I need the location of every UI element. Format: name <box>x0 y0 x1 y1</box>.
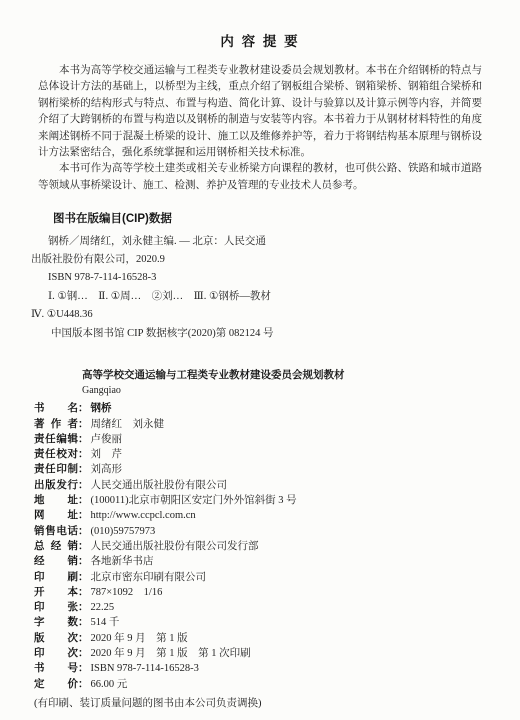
detail-label: 著作者 <box>34 417 78 432</box>
detail-label: 销售电话 <box>34 524 78 539</box>
detail-label: 定价 <box>34 677 78 692</box>
colophon-page: 内 容 提 要 本书为高等学校交通运输与工程类专业教材建设委员会规划教材。本书在… <box>0 0 520 720</box>
detail-colon: ： <box>78 494 89 506</box>
summary-paragraph: 本书为高等学校交通运输与工程类专业教材建设委员会规划教材。本书在介绍钢桥的特点与… <box>38 63 482 161</box>
detail-colon: ： <box>78 586 89 598</box>
detail-label: 责任编辑 <box>34 432 78 447</box>
detail-colon: ： <box>78 418 89 430</box>
detail-value: 22.25 <box>91 602 115 613</box>
detail-value: 周绪红 刘永健 <box>91 419 165 430</box>
content-summary-title: 内 容 提 要 <box>0 0 520 50</box>
detail-value: 人民交通出版社股份有限公司 <box>91 480 228 491</box>
detail-value-url: http://www.ccpcl.com.cn <box>91 510 196 521</box>
publication-details: 书名：钢桥 著作者：周绪红 刘永健 责任编辑：卢俊丽 责任校对：刘 芹 责任印制… <box>34 401 500 692</box>
detail-row-edition: 版次：2020 年 9 月 第 1 版 <box>34 631 500 646</box>
detail-colon: ： <box>78 616 89 628</box>
cip-heading: 图书在版编目(CIP)数据 <box>53 210 520 226</box>
detail-row-website: 网址：http://www.ccpcl.com.cn <box>34 508 500 523</box>
detail-value: 2020 年 9 月 第 1 版 <box>91 633 188 644</box>
detail-colon: ： <box>78 647 89 659</box>
detail-value: 卢俊丽 <box>91 434 123 445</box>
detail-row-print-supervisor: 责任印制：刘高形 <box>34 462 500 477</box>
detail-colon: ： <box>78 632 89 644</box>
detail-colon: ： <box>78 601 89 613</box>
detail-label: 印张 <box>34 600 78 615</box>
detail-row-address: 地址：(100011)北京市朝阳区安定门外外馆斜街 3 号 <box>34 493 500 508</box>
detail-colon: ： <box>78 433 89 445</box>
detail-value: 钢桥 <box>91 402 112 414</box>
detail-label: 网址 <box>34 508 78 523</box>
detail-row-publisher: 出版发行：人民交通出版社股份有限公司 <box>34 478 500 493</box>
detail-colon: ： <box>78 402 89 414</box>
detail-label: 经销 <box>34 554 78 569</box>
detail-colon: ： <box>78 448 89 460</box>
detail-value: 刘高形 <box>91 464 123 475</box>
detail-row-sales-phone: 销售电话：(010)59757973 <box>34 524 500 539</box>
detail-row-format: 开本：787×1092 1/16 <box>34 585 500 600</box>
detail-value: 刘 芹 <box>91 449 123 460</box>
detail-label: 版次 <box>34 631 78 646</box>
cip-line: Ⅳ. ①U448.36 <box>31 306 490 324</box>
detail-label: 地址 <box>34 493 78 508</box>
detail-row-impression: 印次：2020 年 9 月 第 1 版 第 1 次印刷 <box>34 646 500 661</box>
series-title: 高等学校交通运输与工程类专业教材建设委员会规划教材 <box>82 367 520 382</box>
detail-label: 印次 <box>34 646 78 661</box>
detail-row-general-distributor: 总经销：人民交通出版社股份有限公司发行部 <box>34 539 500 554</box>
detail-row-price: 定价：66.00 元 <box>34 677 500 692</box>
detail-label: 出版发行 <box>34 478 78 493</box>
cip-line: 出版社股份有限公司，2020.9 <box>31 251 490 269</box>
detail-colon: ： <box>78 479 89 491</box>
detail-value: (100011)北京市朝阳区安定门外外馆斜街 3 号 <box>91 495 297 506</box>
detail-value: 66.00 元 <box>91 679 128 690</box>
cip-line: ISBN 978-7-114-16528-3 <box>31 269 490 287</box>
detail-value: 人民交通出版社股份有限公司发行部 <box>91 541 259 552</box>
detail-colon: ： <box>78 555 89 567</box>
detail-row-book-title: 书名：钢桥 <box>34 401 500 416</box>
detail-colon: ： <box>78 463 89 475</box>
book-title-pinyin: Gangqiao <box>82 385 520 396</box>
detail-row-proofreader: 责任校对：刘 芹 <box>34 447 500 462</box>
detail-value: ISBN 978-7-114-16528-3 <box>91 663 199 674</box>
detail-label: 书名 <box>34 401 78 416</box>
detail-row-distributor: 经销：各地新华书店 <box>34 554 500 569</box>
detail-colon: ： <box>78 662 89 674</box>
detail-colon: ： <box>78 571 89 583</box>
detail-value: (010)59757973 <box>91 526 156 537</box>
detail-row-editor: 责任编辑：卢俊丽 <box>34 432 500 447</box>
detail-colon: ： <box>78 525 89 537</box>
summary-paragraph: 本书可作为高等学校土建类或相关专业桥梁方向课程的教材，也可供公路、铁路和城市道路… <box>38 161 482 194</box>
detail-row-authors: 著作者：周绪红 刘永健 <box>34 417 500 432</box>
detail-value: 北京市密东印刷有限公司 <box>91 572 207 583</box>
detail-value: 787×1092 1/16 <box>91 587 163 598</box>
content-summary: 本书为高等学校交通运输与工程类专业教材建设委员会规划教材。本书在介绍钢桥的特点与… <box>38 63 482 194</box>
detail-label: 开本 <box>34 585 78 600</box>
detail-label: 印刷 <box>34 570 78 585</box>
cip-line: 钢桥／周绪红，刘永健主编. — 北京：人民交通 <box>31 233 490 251</box>
detail-colon: ： <box>78 540 89 552</box>
detail-label: 责任印制 <box>34 462 78 477</box>
detail-colon: ： <box>78 678 89 690</box>
detail-value: 各地新华书店 <box>91 556 154 567</box>
cip-record-number: 中国版本图书馆 CIP 数据核字(2020)第 082124 号 <box>31 325 490 343</box>
cip-data-block: 钢桥／周绪红，刘永健主编. — 北京：人民交通 出版社股份有限公司，2020.9… <box>31 233 490 343</box>
detail-row-isbn: 书号：ISBN 978-7-114-16528-3 <box>34 661 500 676</box>
detail-label: 总经销 <box>34 539 78 554</box>
detail-row-printed-sheets: 印张：22.25 <box>34 600 500 615</box>
detail-colon: ： <box>78 509 89 521</box>
detail-value: 2020 年 9 月 第 1 版 第 1 次印刷 <box>91 648 251 659</box>
cip-line: Ⅰ. ①钢… Ⅱ. ①周… ②刘… Ⅲ. ①钢桥—教材 <box>31 288 490 306</box>
detail-label: 字数 <box>34 615 78 630</box>
detail-row-word-count: 字数：514 千 <box>34 615 500 630</box>
detail-value: 514 千 <box>91 617 120 628</box>
detail-label: 书号 <box>34 661 78 676</box>
detail-row-printer: 印刷：北京市密东印刷有限公司 <box>34 570 500 585</box>
quality-replacement-note: (有印刷、装订质量问题的图书由本公司负责调换) <box>34 695 520 710</box>
detail-label: 责任校对 <box>34 447 78 462</box>
